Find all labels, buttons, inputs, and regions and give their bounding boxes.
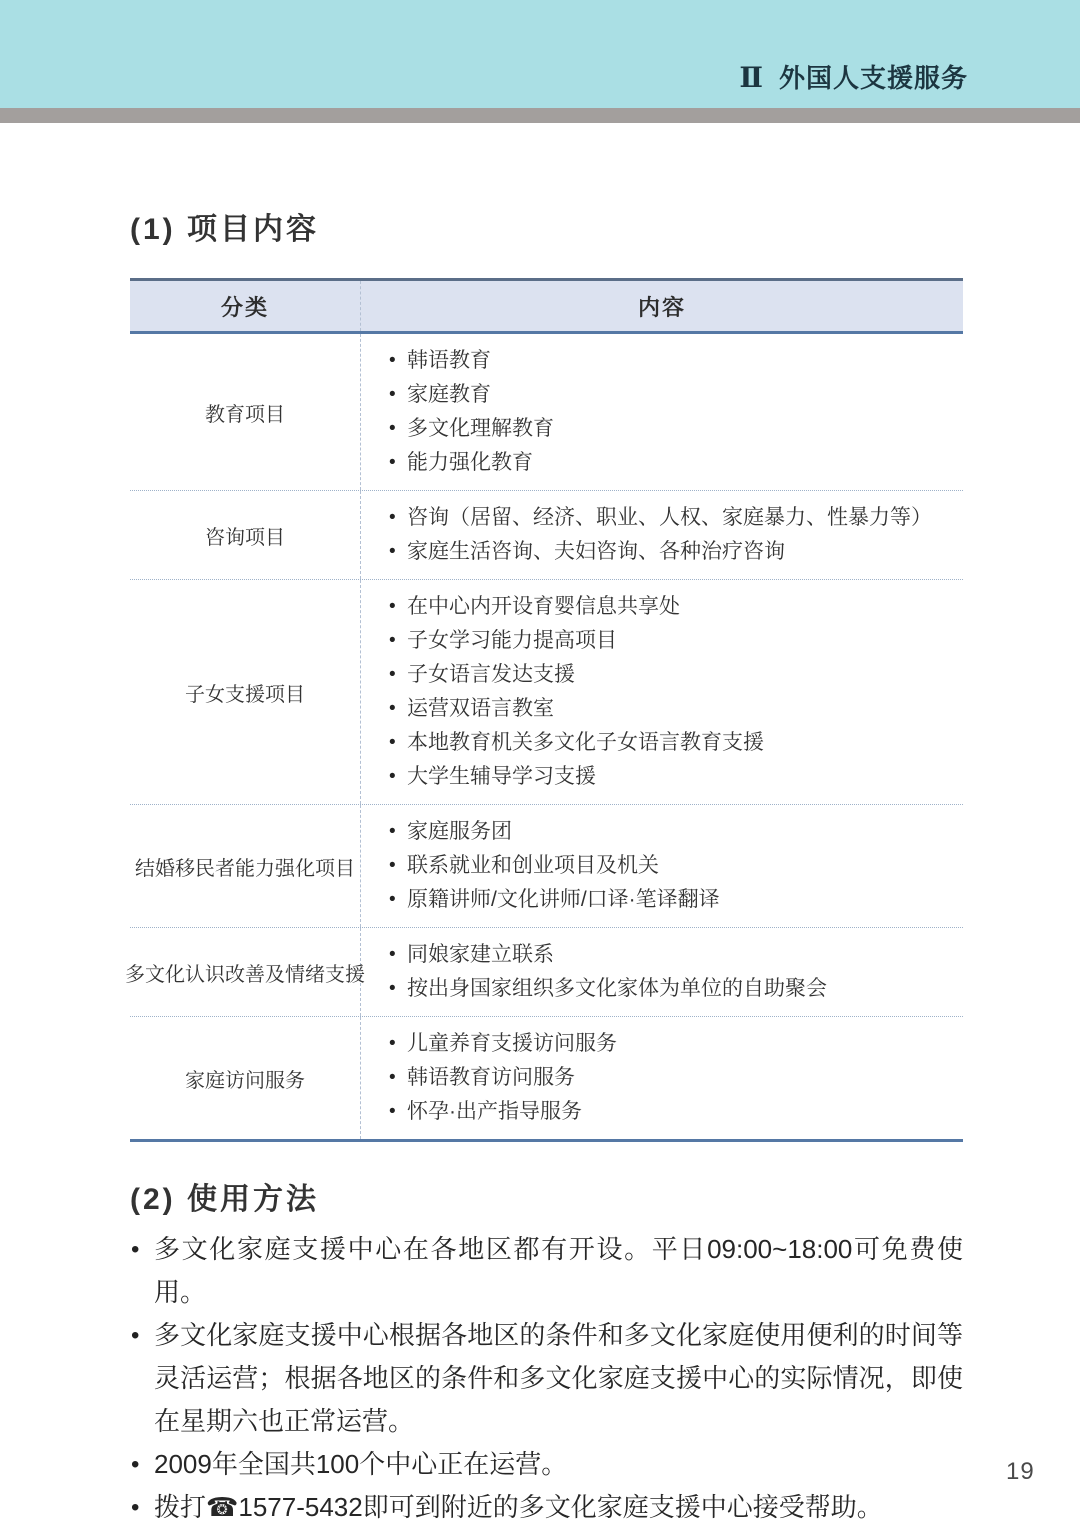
usage-bullet: 2009年全国共100个中心正在运营。 — [130, 1443, 963, 1486]
table-item: 儿童养育支援访问服务 — [389, 1027, 953, 1061]
usage-bullet: 多文化家庭支援中心在各地区都有开设。平日09:00~18:00可免费使用。 — [130, 1228, 963, 1314]
usage-bullet: 拨打☎1577-5432即可到附近的多文化家庭支援中心接受帮助。 — [130, 1486, 963, 1529]
table-row: 教育项目 韩语教育 家庭教育 多文化理解教育 能力强化教育 — [130, 334, 963, 490]
row-content: 咨询（居留、经济、职业、人权、家庭暴力、性暴力等） 家庭生活咨询、夫妇咨询、各种… — [361, 491, 963, 579]
table-item: 联系就业和创业项目及机关 — [389, 849, 953, 883]
table-item: 家庭服务团 — [389, 815, 953, 849]
table-item: 子女学习能力提高项目 — [389, 624, 953, 658]
table-row: 结婚移民者能力强化项目 家庭服务团 联系就业和创业项目及机关 原籍讲师/文化讲师… — [130, 804, 963, 927]
row-category: 教育项目 — [130, 334, 361, 490]
table-row: 子女支援项目 在中心内开设育婴信息共享处 子女学习能力提高项目 子女语言发达支援… — [130, 579, 963, 804]
table-row: 多文化认识改善及情绪支援 同娘家建立联系 按出身国家组织多文化家体为单位的自助聚… — [130, 927, 963, 1016]
document-page: { "banner": { "numeral": "Ⅱ", "title": "… — [0, 0, 1080, 1533]
table-item: 运营双语言教室 — [389, 692, 953, 726]
table-item: 韩语教育 — [389, 344, 953, 378]
column-header-category: 分类 — [130, 281, 361, 331]
section2-heading: (2) 使用方法 — [130, 1182, 963, 1218]
table-item: 原籍讲师/文化讲师/口译·笔译翻译 — [389, 883, 953, 917]
table-item: 同娘家建立联系 — [389, 938, 953, 972]
page-content: (1) 项目内容 分类 内容 教育项目 韩语教育 家庭教育 多文化理解教育 能力… — [130, 212, 963, 1529]
chapter-title-label: 外国人支援服务 — [779, 58, 968, 95]
usage-bullet-list: 多文化家庭支援中心在各地区都有开设。平日09:00~18:00可免费使用。 多文… — [130, 1228, 963, 1529]
program-table: 分类 内容 教育项目 韩语教育 家庭教育 多文化理解教育 能力强化教育 咨询项目… — [130, 278, 963, 1142]
table-item: 能力强化教育 — [389, 446, 953, 480]
table-item: 咨询（居留、经济、职业、人权、家庭暴力、性暴力等） — [389, 501, 953, 535]
row-content: 儿童养育支援访问服务 韩语教育访问服务 怀孕·出产指导服务 — [361, 1017, 963, 1139]
row-content: 家庭服务团 联系就业和创业项目及机关 原籍讲师/文化讲师/口译·笔译翻译 — [361, 805, 963, 927]
table-item: 在中心内开设育婴信息共享处 — [389, 590, 953, 624]
header-divider-bar — [0, 108, 1080, 123]
chapter-numeral: Ⅱ — [739, 61, 764, 95]
row-category: 结婚移民者能力强化项目 — [130, 805, 361, 927]
table-row: 家庭访问服务 儿童养育支援访问服务 韩语教育访问服务 怀孕·出产指导服务 — [130, 1016, 963, 1139]
table-item: 韩语教育访问服务 — [389, 1061, 953, 1095]
page-number: 19 — [1006, 1458, 1035, 1486]
row-category: 子女支援项目 — [130, 580, 361, 804]
table-item: 家庭生活咨询、夫妇咨询、各种治疗咨询 — [389, 535, 953, 569]
header-banner: Ⅱ 外国人支援服务 — [0, 0, 1080, 108]
section1-heading: (1) 项目内容 — [130, 212, 963, 248]
table-item: 家庭教育 — [389, 378, 953, 412]
usage-bullet: 多文化家庭支援中心根据各地区的条件和多文化家庭使用便利的时间等灵活运营；根据各地… — [130, 1314, 963, 1443]
row-category: 多文化认识改善及情绪支援 — [130, 928, 361, 1016]
table-item: 子女语言发达支援 — [389, 658, 953, 692]
row-content: 韩语教育 家庭教育 多文化理解教育 能力强化教育 — [361, 334, 963, 490]
table-item: 按出身国家组织多文化家体为单位的自助聚会 — [389, 972, 953, 1006]
table-item: 多文化理解教育 — [389, 412, 953, 446]
table-item: 大学生辅导学习支援 — [389, 760, 953, 794]
row-category: 咨询项目 — [130, 491, 361, 579]
table-header-row: 分类 内容 — [130, 281, 963, 334]
row-content: 在中心内开设育婴信息共享处 子女学习能力提高项目 子女语言发达支援 运营双语言教… — [361, 580, 963, 804]
table-row: 咨询项目 咨询（居留、经济、职业、人权、家庭暴力、性暴力等） 家庭生活咨询、夫妇… — [130, 490, 963, 579]
column-header-content: 内容 — [361, 281, 963, 331]
table-item: 怀孕·出产指导服务 — [389, 1095, 953, 1129]
table-item: 本地教育机关多文化子女语言教育支援 — [389, 726, 953, 760]
chapter-title: Ⅱ 外国人支援服务 — [739, 58, 968, 95]
row-content: 同娘家建立联系 按出身国家组织多文化家体为单位的自助聚会 — [361, 928, 963, 1016]
row-category: 家庭访问服务 — [130, 1017, 361, 1139]
